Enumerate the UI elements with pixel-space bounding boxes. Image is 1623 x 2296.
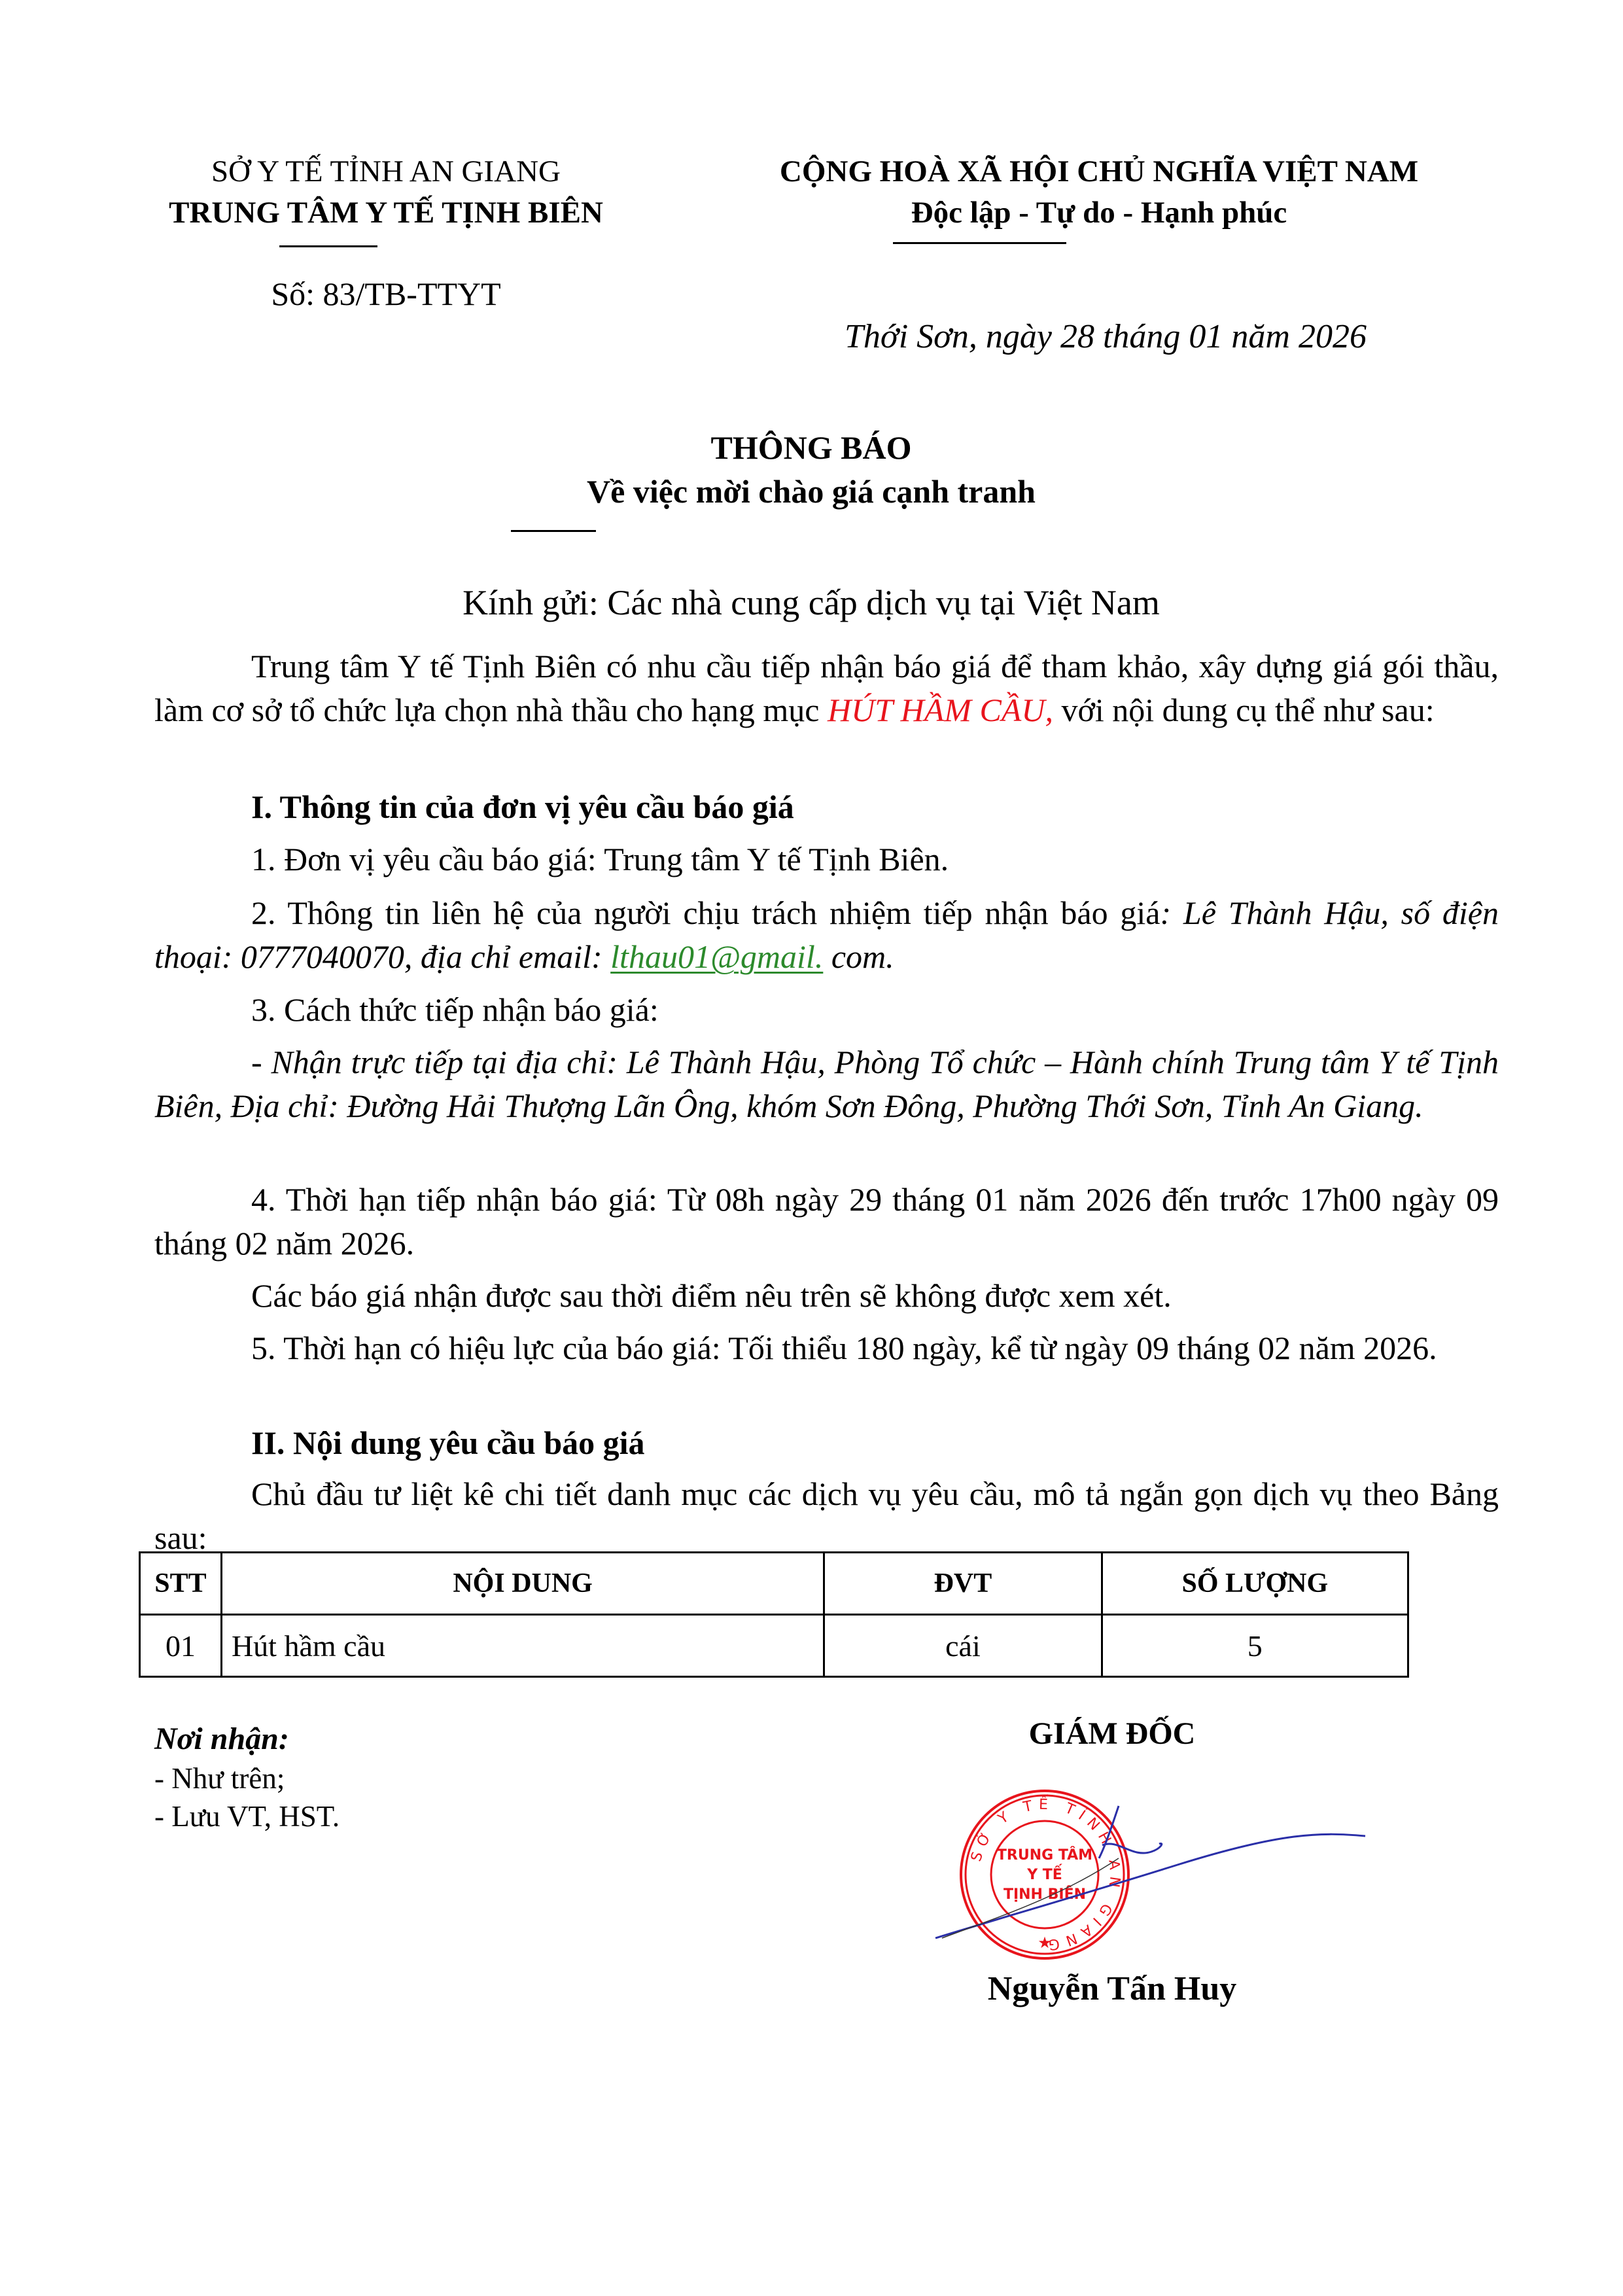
services-table: STT NỘI DUNG ĐVT SỐ LƯỢNG 01 Hút hầm cầu… <box>139 1551 1409 1678</box>
contact-email-link[interactable]: lthau01@gmail. <box>610 938 823 975</box>
recipient-item: - Như trên; <box>154 1761 285 1795</box>
recipient-line: Kính gửi: Các nhà cung cấp dịch vụ tại V… <box>222 582 1400 623</box>
intro-text-after: với nội dung cụ thể như sau: <box>1053 692 1435 728</box>
email-suffix: com. <box>823 938 894 975</box>
cell-quantity: 5 <box>1102 1615 1408 1677</box>
section1-item3: 3. Cách thức tiếp nhận báo giá: <box>154 988 1499 1032</box>
section1-item4: 4. Thời hạn tiếp nhận báo giá: Từ 08h ng… <box>154 1178 1499 1265</box>
section1-heading: I. Thông tin của đơn vị yêu cầu báo giá <box>154 785 1499 829</box>
organization-name: TRUNG TÂM Y TẾ TỊNH BIÊN <box>124 195 648 230</box>
handwritten-signature-icon <box>903 1767 1426 1976</box>
organization-underline <box>279 245 377 247</box>
header-stt: STT <box>140 1553 222 1615</box>
section1-item5: 5. Thời hạn có hiệu lực của báo giá: Tối… <box>154 1326 1499 1370</box>
section1-item4-note: Các báo giá nhận được sau thời điểm nêu … <box>154 1274 1499 1318</box>
place-and-date: Thới Sơn, ngày 28 tháng 01 năm 2026 <box>713 317 1498 356</box>
recipient-item: - Lưu VT, HST. <box>154 1799 340 1833</box>
section1-item2: 2. Thông tin liên hệ của người chịu trác… <box>154 891 1499 979</box>
header-content: NỘI DUNG <box>221 1553 824 1615</box>
notice-subtitle: Về việc mời chào giá cạnh tranh <box>288 472 1335 510</box>
signer-title: GIÁM ĐỐC <box>916 1716 1308 1752</box>
title-underline <box>511 530 596 532</box>
intro-paragraph: Trung tâm Y tế Tịnh Biên có nhu cầu tiếp… <box>154 645 1499 732</box>
cell-unit: cái <box>824 1615 1102 1677</box>
section2-description: Chủ đầu tư liệt kê chi tiết danh mục các… <box>154 1472 1499 1560</box>
highlighted-item: HÚT HẦM CẦU, <box>828 692 1053 728</box>
cell-content: Hút hầm cầu <box>221 1615 824 1677</box>
motto-underline <box>893 242 1066 244</box>
recipients-label: Nơi nhận: <box>154 1721 289 1757</box>
table-row: 01 Hút hầm cầu cái 5 <box>140 1615 1408 1677</box>
ministry-name: SỞ Y TẾ TỈNH AN GIANG <box>124 154 648 189</box>
section1-item1: 1. Đơn vị yêu cầu báo giá: Trung tâm Y t… <box>154 838 1499 881</box>
notice-title: THÔNG BÁO <box>288 429 1335 467</box>
header-unit: ĐVT <box>824 1553 1102 1615</box>
cell-stt: 01 <box>140 1615 222 1677</box>
national-motto: Độc lập - Tự do - Hạnh phúc <box>707 195 1492 230</box>
country-name: CỘNG HOÀ XÃ HỘI CHỦ NGHĨA VIỆT NAM <box>707 154 1492 189</box>
document-number: Số: 83/TB-TTYT <box>124 275 648 313</box>
section2-heading: II. Nội dung yêu cầu báo giá <box>154 1421 1499 1465</box>
table-header-row: STT NỘI DUNG ĐVT SỐ LƯỢNG <box>140 1553 1408 1615</box>
header-quantity: SỐ LƯỢNG <box>1102 1553 1408 1615</box>
signer-name: Nguyễn Tấn Huy <box>916 1969 1308 2008</box>
item2-label: 2. Thông tin liên hệ của người chịu trác… <box>251 894 1160 931</box>
section1-item3-detail: - Nhận trực tiếp tại địa chỉ: Lê Thành H… <box>154 1040 1499 1128</box>
